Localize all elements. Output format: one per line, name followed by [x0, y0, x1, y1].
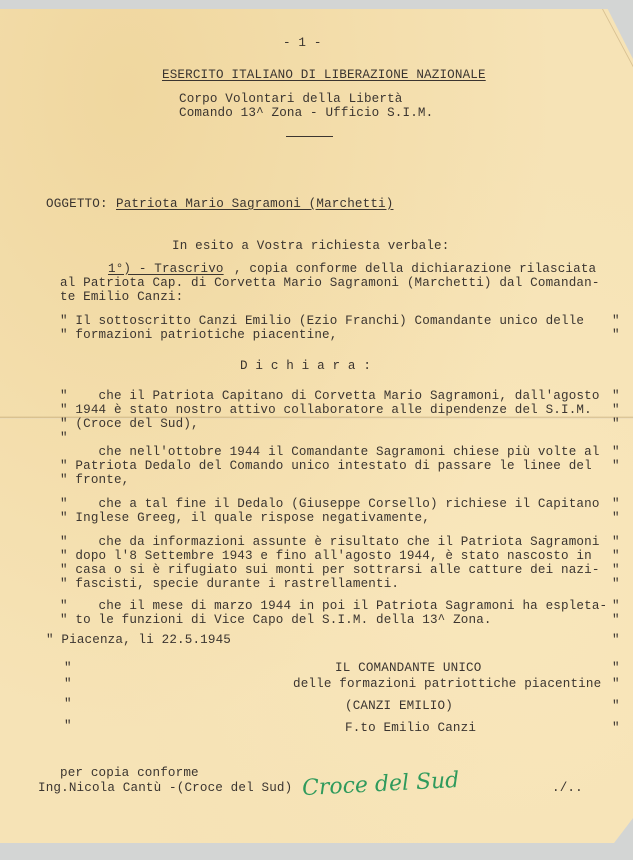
- point1-number: 1°) - Trascrivo: [108, 262, 224, 276]
- certification-line1: per copia conforme: [60, 766, 199, 780]
- quote-mark: ": [612, 459, 620, 473]
- continuation-mark: ./..: [552, 781, 583, 795]
- declaration-line: " casa o si è rifugiato sui monti per so…: [60, 563, 600, 577]
- quote-mark: ": [612, 314, 620, 328]
- quote-mark: ": [612, 497, 620, 511]
- declares-heading: D i c h i a r a :: [240, 359, 371, 373]
- point1-line2: al Patriota Cap. di Corvetta Mario Sagra…: [60, 276, 600, 290]
- quote-mark: ": [612, 445, 620, 459]
- quote-mark: ": [612, 417, 620, 431]
- declaration-line: ": [60, 431, 68, 445]
- declaration-line: " che a tal fine il Dedalo (Giuseppe Cor…: [60, 497, 600, 511]
- quote-mark: ": [612, 563, 620, 577]
- declaration-line: " Inglese Greeg, il quale rispose negati…: [60, 511, 430, 525]
- quote-mark: ": [612, 511, 620, 525]
- quote-mark: ": [612, 549, 620, 563]
- point1-line1: , copia conforme della dichiarazione ril…: [234, 262, 596, 276]
- declaration-line: " fronte,: [60, 473, 129, 487]
- declaration-line: " che il Patriota Capitano di Corvetta M…: [60, 389, 600, 403]
- header-line-3: Comando 13^ Zona - Ufficio S.I.M.: [179, 106, 433, 120]
- quote-mark: ": [612, 677, 620, 691]
- corner-fold: [602, 9, 633, 69]
- quote-intro-line: " formazioni patriotiche piacentine,: [60, 328, 337, 342]
- quote-mark: ": [612, 328, 620, 342]
- subject-label: OGGETTO:: [46, 197, 108, 211]
- declaration-line: " (Croce del Sud),: [60, 417, 199, 431]
- certification-line2: Ing.Nicola Cantù -(Croce del Sud): [38, 781, 292, 795]
- quote-mark: ": [612, 699, 620, 713]
- declaration-line: " to le funzioni di Vice Capo del S.I.M.…: [60, 613, 492, 627]
- quote-mark: ": [612, 403, 620, 417]
- quote-mark: ": [612, 613, 620, 627]
- quote-mark: ": [612, 721, 620, 735]
- declaration-line: " che il mese di marzo 1944 in poi il Pa…: [60, 599, 607, 613]
- quote-mark: ": [612, 661, 620, 675]
- declaration-line: che nell'ottobre 1944 il Comandante Sagr…: [60, 445, 600, 459]
- quote-mark: ": [612, 599, 620, 613]
- quote-mark: ": [64, 661, 72, 675]
- signature-subtitle: delle formazioni patriottiche piacentine: [293, 677, 601, 691]
- quote-mark: ": [64, 719, 72, 733]
- declaration-line: " fascisti, specie durante i rastrellame…: [60, 577, 399, 591]
- header-line-2: Corpo Volontari della Libertà: [179, 92, 403, 106]
- quote-mark: ": [612, 389, 620, 403]
- signature-name: (CANZI EMILIO): [345, 699, 453, 713]
- declaration-line: " dopo l'8 Settembre 1943 e fino all'ago…: [60, 549, 592, 563]
- subject-value: Patriota Mario Sagramoni (Marchetti): [116, 197, 393, 211]
- point1-line3: te Emilio Canzi:: [60, 290, 183, 304]
- place-date: " Piacenza, li 22.5.1945: [46, 633, 231, 647]
- quote-mark: ": [64, 697, 72, 711]
- quote-intro-line: " Il sottoscritto Canzi Emilio (Ezio Fra…: [60, 314, 584, 328]
- quote-mark: ": [612, 535, 620, 549]
- declaration-line: " 1944 è stato nostro attivo collaborato…: [60, 403, 592, 417]
- header-divider: [286, 136, 333, 137]
- quote-mark: ": [64, 677, 72, 691]
- signature-title: IL COMANDANTE UNICO: [335, 661, 481, 675]
- organization-title: ESERCITO ITALIANO DI LIBERAZIONE NAZIONA…: [162, 68, 486, 82]
- quote-mark: ": [612, 633, 620, 647]
- declaration-line: " Patriota Dedalo del Comando unico inte…: [60, 459, 592, 473]
- quote-mark: ": [612, 577, 620, 591]
- signature-signed: F.to Emilio Canzi: [345, 721, 476, 735]
- page-number: - 1 -: [283, 36, 322, 50]
- declaration-line: " che da informazioni assunte è risultat…: [60, 535, 600, 549]
- intro-line: In esito a Vostra richiesta verbale:: [172, 239, 449, 253]
